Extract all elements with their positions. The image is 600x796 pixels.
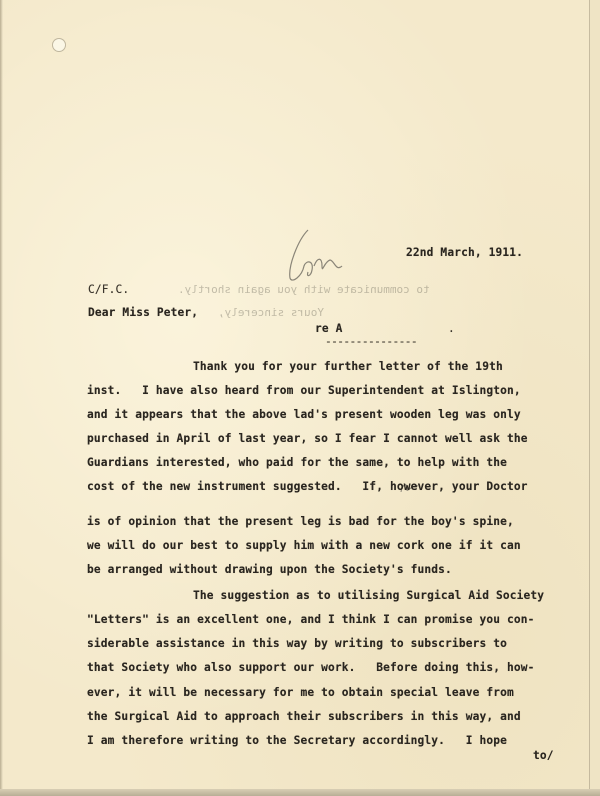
body-line-12: siderable assistance in this way by writ… [87,637,507,650]
body-line-1: Thank you for your further letter of the… [193,360,503,373]
bleed-through-line-2: Yours sincerely, [218,306,324,319]
body-line-13: that Society who also support our work. … [87,661,535,674]
body-line-15: the Surgical Aid to approach their subsc… [87,710,521,723]
body-line-10: The suggestion as to utilising Surgical … [193,589,544,602]
body-line-3: and it appears that the above lad's pres… [87,408,521,421]
body-line-16: I am therefore writing to the Secretary … [87,734,507,747]
page-left-edge [0,0,3,796]
body-line-8: we will do our best to supply him with a… [87,539,521,552]
body-line-2: inst. I have also heard from our Superin… [87,384,521,397]
body-line-4: purchased in April of last year, so I fe… [87,432,528,445]
body-line-6: cost of the new instrument suggested. If… [87,480,528,493]
letter-page: to communicate with you again shortly. Y… [0,0,600,796]
subject-underline: --------------- [325,335,417,348]
body-line-11: "Letters" is an excellent one, and I thi… [87,613,535,626]
page-right-margin [590,0,600,796]
continuation-marker: to/ [533,749,554,762]
body-line-9: be arranged without drawing upon the Soc… [87,563,452,576]
punch-hole-icon [52,38,66,52]
letter-date: 22nd March, 1911. [406,246,523,259]
pencil-initials-icon [278,226,348,286]
body-line-14: ever, it will be necessary for me to obt… [87,686,514,699]
subject-line: re A [315,322,343,335]
subject-period: . [448,322,455,335]
body-line-5: Guardians interested, who paid for the s… [87,456,507,469]
reference-code: C/F.C. [88,283,129,296]
page-bottom-edge [0,789,600,796]
body-line-7: is of opinion that the present leg is ba… [87,515,514,528]
salutation: Dear Miss Peter, [88,306,198,319]
